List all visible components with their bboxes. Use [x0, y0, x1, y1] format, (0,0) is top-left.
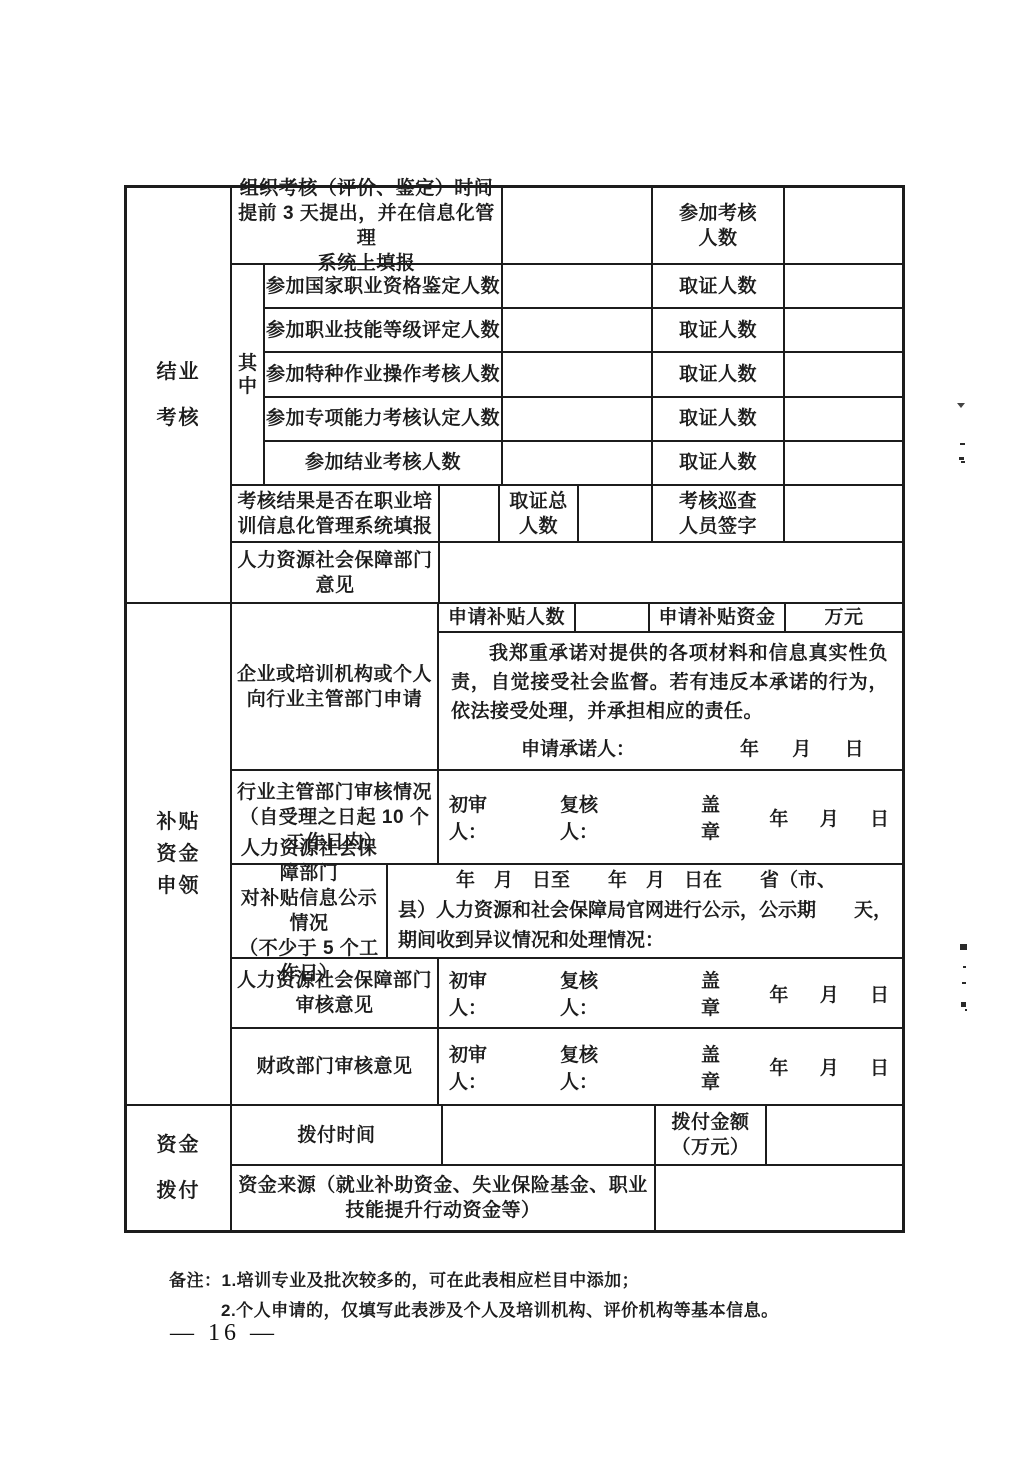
sub-row-label-cell: 参加特种作业操作考核人数	[265, 353, 503, 395]
section-title-disbursement: 资金 拨付	[127, 1106, 232, 1230]
note1-text: 1.培训专业及批次较多的，可在此表相应栏目中添加；	[222, 1266, 640, 1296]
sub-row-skill-level: 参加职业技能等级评定人数 取证人数	[265, 309, 902, 353]
among-which-label: 其中	[238, 352, 258, 398]
apply-people-value-cell	[576, 604, 650, 631]
section-title-line: 拨付	[157, 1178, 201, 1204]
sub-row-label: 参加结业考核人数	[305, 450, 461, 475]
assessment-body: 组织考核（评价、鉴定）时间 提前 3 天提出，并在信息化管理 系统上填报 参加考…	[232, 188, 902, 602]
certified-count-value-cell	[785, 442, 902, 484]
apply-amount-row: 申请补贴人数 申请补贴资金 万元	[439, 604, 902, 633]
sub-row-completion-exam: 参加结业考核人数 取证人数	[265, 442, 902, 484]
scan-artifact	[959, 457, 964, 460]
certified-count-label: 取证人数	[679, 362, 757, 387]
section-title-line: 资金	[157, 841, 201, 867]
publicity-label-line: 对补贴信息公示情况	[232, 886, 386, 936]
industry-review-content-cell: 初审人： 复核人： 盖章 年 月 日	[439, 771, 902, 863]
review-signature-line: 初审人： 复核人： 盖章 年 月 日	[439, 1040, 902, 1094]
subsidy-apply-row: 企业或培训机构或个人 向行业主管部门申请 申请补贴人数 申请补贴资金 万元 我郑…	[232, 604, 902, 771]
certified-count-label-cell: 取证人数	[653, 265, 785, 307]
publicity-content-cell: 年 月 日至 年 月 日在 省（市、 县）人力资源和社会保障局官网进行公示，公示…	[388, 865, 902, 957]
inspector-label-line: 人员签字	[679, 514, 757, 539]
assessment-result-row: 考核结果是否在职业培 训信息化管理系统填报 取证总 人数 考核巡查 人员签字	[232, 486, 902, 543]
sub-row-label-cell: 参加职业技能等级评定人数	[265, 309, 503, 351]
second-reviewer-label: 复核人：	[560, 790, 601, 844]
section-completion-assessment: 结业 考核 组织考核（评价、鉴定）时间 提前 3 天提出，并在信息化管理 系统上…	[127, 188, 902, 604]
date-blank-label: 年 月 日	[740, 734, 878, 761]
hr-opinion-value-cell	[440, 543, 902, 602]
second-reviewer-label: 复核人：	[560, 1040, 601, 1094]
fund-source-label-line: 资金来源（就业补助资金、失业保险基金、职业	[238, 1173, 648, 1198]
disbursement-time-label-cell: 拨付时间	[232, 1106, 443, 1164]
disbursement-amount-label-line: 拨付金额	[671, 1110, 749, 1135]
seal-label: 盖章	[701, 1040, 721, 1094]
among-which-block: 其中 参加国家职业资格鉴定人数 取证人数 参加职业技能等级评定人数 取证	[232, 265, 902, 486]
hr-review-content-cell: 初审人： 复核人： 盖章 年 月 日	[439, 959, 902, 1027]
inspector-signature-label-cell: 考核巡查 人员签字	[653, 486, 785, 541]
participants-label-line: 人数	[698, 226, 737, 251]
sub-row-label: 参加国家职业资格鉴定人数	[266, 274, 500, 299]
first-reviewer-label: 初审人：	[449, 1040, 490, 1094]
result-report-label-cell: 考核结果是否在职业培 训信息化管理系统填报	[232, 486, 440, 541]
training-subsidy-form-table: 结业 考核 组织考核（评价、鉴定）时间 提前 3 天提出，并在信息化管理 系统上…	[124, 185, 905, 1233]
sub-row-label-cell: 参加专项能力考核认定人数	[265, 398, 503, 440]
date-blank-label: 年 月 日	[769, 980, 902, 1007]
certified-count-label-cell: 取证人数	[653, 309, 785, 351]
apply-content: 申请补贴人数 申请补贴资金 万元 我郑重承诺对提供的各项材料和信息真实性负责，自…	[439, 604, 902, 769]
subsidy-body: 企业或培训机构或个人 向行业主管部门申请 申请补贴人数 申请补贴资金 万元 我郑…	[232, 604, 902, 1104]
sub-row-label: 参加专项能力考核认定人数	[266, 406, 500, 431]
assessment-time-label-cell: 组织考核（评价、鉴定）时间 提前 3 天提出，并在信息化管理 系统上填报	[232, 188, 503, 263]
certified-count-label-cell: 取证人数	[653, 398, 785, 440]
publicity-label-line: 人力资源社会保障部门	[232, 836, 386, 886]
commitment-text: 我郑重承诺对提供的各项材料和信息真实性负责，自觉接受社会监督。若有违反本承诺的行…	[451, 639, 888, 726]
sub-row-label: 参加职业技能等级评定人数	[266, 318, 500, 343]
apply-label-cell: 企业或培训机构或个人 向行业主管部门申请	[232, 604, 439, 769]
sub-row-value-cell	[503, 309, 653, 351]
commitment-cell: 我郑重承诺对提供的各项材料和信息真实性负责，自觉接受社会监督。若有违反本承诺的行…	[439, 633, 902, 769]
participants-count-label-cell: 参加考核 人数	[653, 188, 785, 263]
note2-text: 2.个人申请的，仅填写此表涉及个人及培训机构、评价机构等基本信息。	[221, 1296, 779, 1326]
fund-source-row: 资金来源（就业补助资金、失业保险基金、职业 技能提升行动资金等）	[232, 1166, 902, 1230]
hr-review-label-line: 审核意见	[295, 993, 373, 1018]
certified-count-value-cell	[785, 398, 902, 440]
certified-count-value-cell	[785, 309, 902, 351]
total-certified-value-cell	[579, 486, 653, 541]
sub-row-value-cell	[503, 398, 653, 440]
apply-fund-label: 申请补贴资金	[658, 605, 775, 630]
result-report-label-line: 训信息化管理系统填报	[237, 514, 432, 539]
scan-artifact	[960, 443, 965, 445]
scan-artifact	[965, 1009, 967, 1011]
assessment-time-row: 组织考核（评价、鉴定）时间 提前 3 天提出，并在信息化管理 系统上填报 参加考…	[232, 188, 902, 265]
among-which-rows: 参加国家职业资格鉴定人数 取证人数 参加职业技能等级评定人数 取证人数	[265, 265, 902, 484]
inspector-label-line: 考核巡查	[679, 489, 757, 514]
promiser-line: 申请承诺人： 年 月 日	[451, 734, 888, 761]
total-certified-label-line: 人数	[519, 514, 558, 539]
apply-people-label: 申请补贴人数	[448, 605, 565, 630]
scanned-form-page: 结业 考核 组织考核（评价、鉴定）时间 提前 3 天提出，并在信息化管理 系统上…	[0, 0, 1024, 1457]
date-blank-label: 年 月 日	[769, 804, 902, 831]
scan-artifact	[961, 1002, 966, 1007]
review-signature-line: 初审人： 复核人： 盖章 年 月 日	[439, 966, 902, 1020]
apply-fund-unit-cell: 万元	[786, 604, 902, 631]
disbursement-body: 拨付时间 拨付金额 （万元） 资金来源（就业补助资金、失业保险基金、职业 技能提…	[232, 1106, 902, 1230]
date-blank-label: 年 月 日	[769, 1053, 902, 1080]
seal-label: 盖章	[701, 966, 721, 1020]
publicity-row: 人力资源社会保障部门 对补贴信息公示情况 （不少于 5 个工作日） 年 月 日至…	[232, 865, 902, 959]
fund-source-label-cell: 资金来源（就业补助资金、失业保险基金、职业 技能提升行动资金等）	[232, 1166, 656, 1230]
apply-label-line: 向行业主管部门申请	[247, 687, 423, 712]
sub-row-special-operation: 参加特种作业操作考核人数 取证人数	[265, 353, 902, 397]
note-line-1: 备注： 1.培训专业及批次较多的，可在此表相应栏目中添加；	[169, 1266, 779, 1296]
scan-artifact	[963, 966, 966, 968]
note-line-2: 2.个人申请的，仅填写此表涉及个人及培训机构、评价机构等基本信息。	[221, 1296, 779, 1326]
fund-source-value-cell	[656, 1166, 902, 1230]
sub-row-label-cell: 参加结业考核人数	[265, 442, 503, 484]
result-report-label-line: 考核结果是否在职业培	[237, 489, 432, 514]
finance-review-label: 财政部门审核意见	[256, 1054, 412, 1079]
fund-source-label-line: 技能提升行动资金等）	[345, 1198, 540, 1223]
certified-count-label-cell: 取证人数	[653, 353, 785, 395]
inspector-signature-value-cell	[785, 486, 902, 541]
industry-review-label-line: 行业主管部门审核情况	[237, 780, 432, 805]
certified-count-label: 取证人数	[679, 274, 757, 299]
total-certified-label-line: 取证总	[509, 489, 568, 514]
sub-row-national-qualification: 参加国家职业资格鉴定人数 取证人数	[265, 265, 902, 309]
finance-review-row: 财政部门审核意见 初审人： 复核人： 盖章 年 月 日	[232, 1029, 902, 1104]
assessment-time-label-line: 提前 3 天提出，并在信息化管理	[232, 201, 501, 251]
participants-count-value-cell	[785, 188, 902, 263]
hr-review-label-cell: 人力资源社会保障部门 审核意见	[232, 959, 439, 1027]
apply-people-label-cell: 申请补贴人数	[439, 604, 576, 631]
assessment-time-value-cell	[503, 188, 653, 263]
sub-row-value-cell	[503, 265, 653, 307]
publicity-content-line: 年 月 日至 年 月 日在 省（市、	[398, 866, 892, 896]
disbursement-amount-label-cell: 拨付金额 （万元）	[656, 1106, 767, 1164]
disbursement-amount-label-line: （万元）	[671, 1135, 749, 1160]
section-title-subsidy: 补贴 资金 申领	[127, 604, 232, 1104]
scan-artifact	[957, 403, 965, 408]
assessment-time-label-line: 组织考核（评价、鉴定）时间	[240, 176, 494, 201]
participants-label-line: 参加考核	[679, 201, 757, 226]
section-fund-disbursement: 资金 拨付 拨付时间 拨付金额 （万元） 资金来	[127, 1106, 902, 1230]
sub-row-value-cell	[503, 442, 653, 484]
publicity-content-line: 期间收到异议情况和处理情况：	[398, 926, 892, 956]
section-title-line: 补贴	[157, 809, 201, 835]
disbursement-time-row: 拨付时间 拨付金额 （万元）	[232, 1106, 902, 1166]
hr-review-row: 人力资源社会保障部门 审核意见 初审人： 复核人： 盖章 年 月 日	[232, 959, 902, 1029]
section-title-line: 申领	[157, 873, 201, 899]
disbursement-amount-value-cell	[767, 1106, 902, 1164]
certified-count-value-cell	[785, 353, 902, 395]
hr-review-label-line: 人力资源社会保障部门	[237, 968, 432, 993]
certified-count-label: 取证人数	[679, 406, 757, 431]
first-reviewer-label: 初审人：	[449, 790, 490, 844]
section-title-line: 结业	[157, 359, 201, 385]
section-subsidy-application: 补贴 资金 申领 企业或培训机构或个人 向行业主管部门申请 申请补贴人数 申	[127, 604, 902, 1106]
section-title-assessment: 结业 考核	[127, 188, 232, 602]
review-signature-line: 初审人： 复核人： 盖章 年 月 日	[439, 790, 902, 844]
industry-review-label-line: （自受理之日起 10 个	[240, 805, 430, 830]
result-report-value-cell	[440, 486, 500, 541]
hr-opinion-label-cell: 人力资源社会保障部门 意见	[232, 543, 440, 602]
promiser-label: 申请承诺人：	[521, 734, 635, 761]
section-title-line: 考核	[157, 405, 201, 431]
certified-count-label: 取证人数	[679, 318, 757, 343]
publicity-label-cell: 人力资源社会保障部门 对补贴信息公示情况 （不少于 5 个工作日）	[232, 865, 388, 957]
finance-review-label-cell: 财政部门审核意见	[232, 1029, 439, 1104]
total-certified-label-cell: 取证总 人数	[500, 486, 579, 541]
apply-label-line: 企业或培训机构或个人	[237, 662, 432, 687]
sub-row-label: 参加特种作业操作考核人数	[266, 362, 500, 387]
hr-opinion-row: 人力资源社会保障部门 意见	[232, 543, 902, 602]
disbursement-time-label: 拨付时间	[297, 1123, 375, 1148]
scan-artifact	[962, 982, 966, 984]
second-reviewer-label: 复核人：	[560, 966, 601, 1020]
section-title-line: 资金	[157, 1132, 201, 1158]
among-which-label-cell: 其中	[232, 265, 265, 484]
certified-count-label: 取证人数	[679, 450, 757, 475]
sub-row-special-ability: 参加专项能力考核认定人数 取证人数	[265, 398, 902, 442]
footer-notes: 备注： 1.培训专业及批次较多的，可在此表相应栏目中添加； 2.个人申请的，仅填…	[169, 1266, 779, 1326]
notes-label: 备注：	[169, 1266, 222, 1296]
first-reviewer-label: 初审人：	[449, 966, 490, 1020]
scan-artifact	[960, 944, 967, 950]
certified-count-label-cell: 取证人数	[653, 442, 785, 484]
seal-label: 盖章	[701, 790, 721, 844]
sub-row-value-cell	[503, 353, 653, 395]
hr-opinion-label-line: 人力资源社会保障部门	[237, 548, 432, 573]
certified-count-value-cell	[785, 265, 902, 307]
disbursement-time-value-cell	[443, 1106, 656, 1164]
ten-thousand-yuan-label: 万元	[824, 605, 863, 630]
scan-artifact	[961, 461, 965, 463]
apply-fund-label-cell: 申请补贴资金	[650, 604, 786, 631]
finance-review-content-cell: 初审人： 复核人： 盖章 年 月 日	[439, 1029, 902, 1104]
page-number: — 16 —	[170, 1320, 278, 1347]
publicity-content-line: 县）人力资源和社会保障局官网进行公示，公示期 天，	[398, 896, 892, 926]
sub-row-label-cell: 参加国家职业资格鉴定人数	[265, 265, 503, 307]
hr-opinion-label-line: 意见	[315, 573, 354, 598]
